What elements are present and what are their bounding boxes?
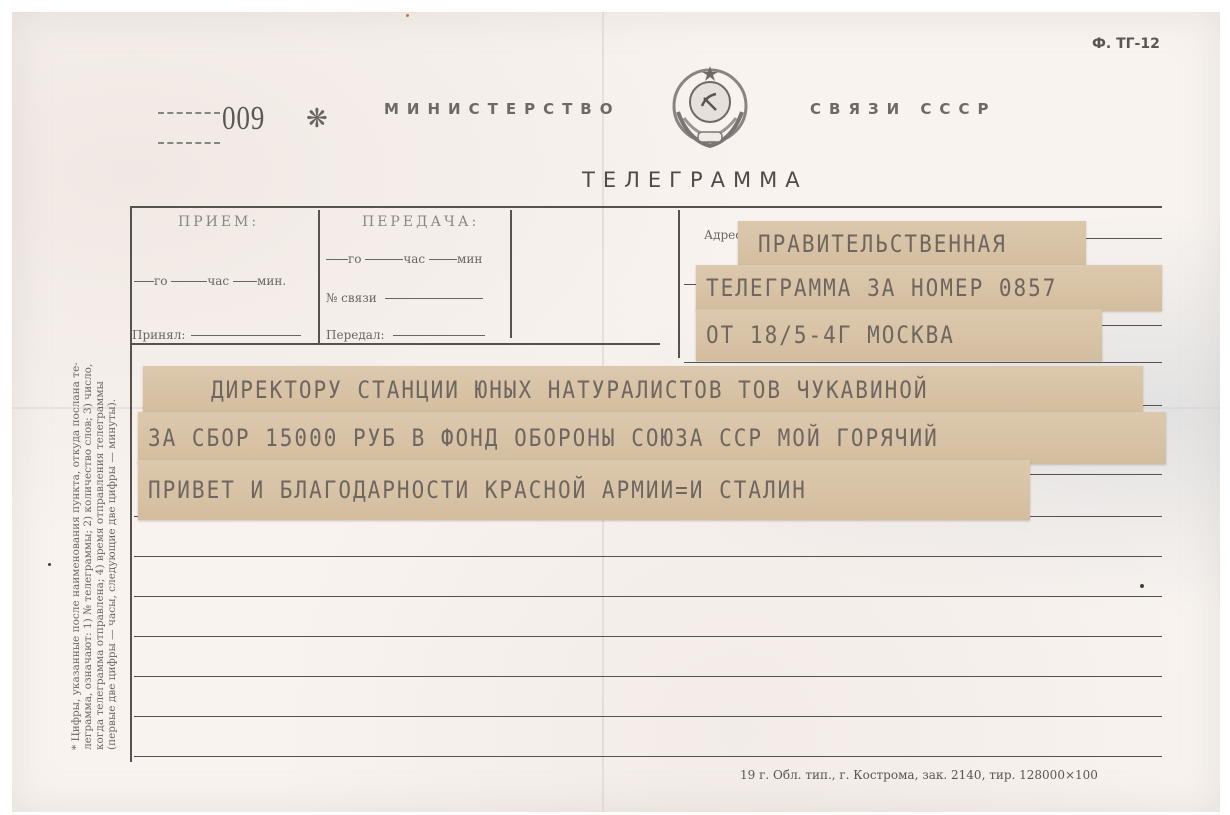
link-number-field[interactable]: № связи [326,291,483,305]
printer-imprint: 19 г. Обл. тип., г. Кострома, зак. 2140,… [740,768,1098,782]
text-line-4 [134,556,1162,557]
text-line-6 [134,636,1162,637]
text-line-5 [134,596,1162,597]
transmission-heading: ПЕРЕДАЧА: [362,214,479,230]
frame-left-line [130,206,132,762]
text-line-2 [1030,474,1162,475]
text-line-8 [134,716,1162,717]
paper-speck [48,563,51,566]
header-communications-ussr: СВЯЗИ СССР [810,100,996,118]
tape-strip-header-1: ПРАВИТЕЛЬСТВЕННАЯ [738,221,1086,267]
paper-speck [1140,584,1144,588]
frame-top-line [130,206,1162,208]
form-code: Ф. ТГ-12 [1092,36,1160,52]
reception-time-line: го час мин. [134,274,286,288]
accepted-by-field[interactable]: Принял: [132,328,301,342]
address-line-3 [1100,325,1162,326]
box-divider-2 [510,210,512,338]
address-label: Адрес [704,228,742,242]
address-line-1 [1080,238,1162,239]
transmission-time-line: го час мин [326,252,482,266]
serial-dashes-bottom [158,142,220,144]
document-title: ТЕЛЕГРАММА [582,168,808,192]
serial-dashes-top [158,112,220,114]
transmitted-by-field[interactable]: Передал: [326,328,485,342]
tape-strip-body-2: ЗА СБОР 15000 РУБ В ФОНД ОБОРОНЫ СОЮЗА С… [138,412,1166,464]
ussr-emblem-icon [668,62,752,152]
reception-heading: ПРИЕМ: [178,214,259,230]
box-divider-3 [678,210,680,358]
tape-strip-body-3: ПРИВЕТ И БЛАГОДАРНОСТИ КРАСНОЙ АРМИИ=И С… [138,460,1030,520]
tape-strip-header-2: ТЕЛЕГРАММА ЗА НОМЕР 0857 [696,265,1162,311]
paper-speck [406,14,409,17]
header-ministry: МИНИСТЕРСТВО [384,100,621,118]
ornament-icon: ❋ [306,104,328,134]
address-line-4 [684,362,1162,363]
serial-number: 009 [222,100,265,138]
tape-strip-body-1: ДИРЕКТОРУ СТАНЦИИ ЮНЫХ НАТУРАЛИСТОВ ТОВ … [143,366,1143,414]
text-line-1 [1140,405,1162,406]
text-line-9 [134,756,1162,757]
side-footnote: * Цифры, указанные после наименования пу… [70,220,118,750]
boxes-bottom-line [130,343,660,345]
box-divider-1 [318,210,320,344]
tape-strip-header-3: ОТ 18/5-4Г МОСКВА [696,309,1102,361]
text-line-7 [134,676,1162,677]
